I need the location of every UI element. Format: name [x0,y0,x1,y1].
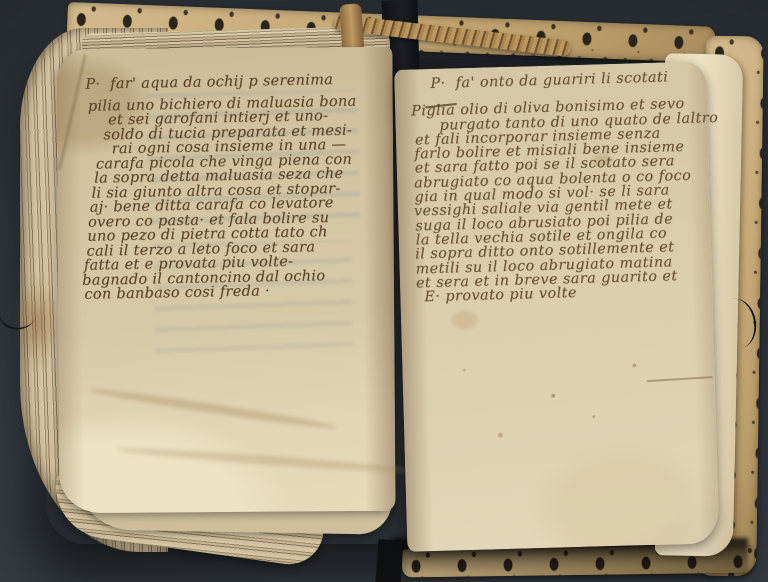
left-page: P· far' aqua da ochij p serenima pilia u… [56,47,395,513]
page-crease [58,54,87,170]
spine-strap-bottom [375,539,403,582]
water-stain-tide-line [88,385,339,432]
left-page-text: P· far' aqua da ochij p serenima pilia u… [83,69,383,299]
right-page-text: P· fa' onto da guariri li scotati Piglia… [410,66,708,302]
water-stain-tide-line [117,445,417,475]
manuscript-line: P· fa' onto da guariri li scotati [430,66,702,88]
end-of-recipe-rule [647,376,713,382]
manuscript-line: P· far' aqua da ochij p serenima [85,69,379,89]
right-page: P· fa' onto da guariri li scotati Piglia… [394,61,719,552]
manuscript-photo: P· far' aqua da ochij p serenima pilia u… [0,0,768,582]
